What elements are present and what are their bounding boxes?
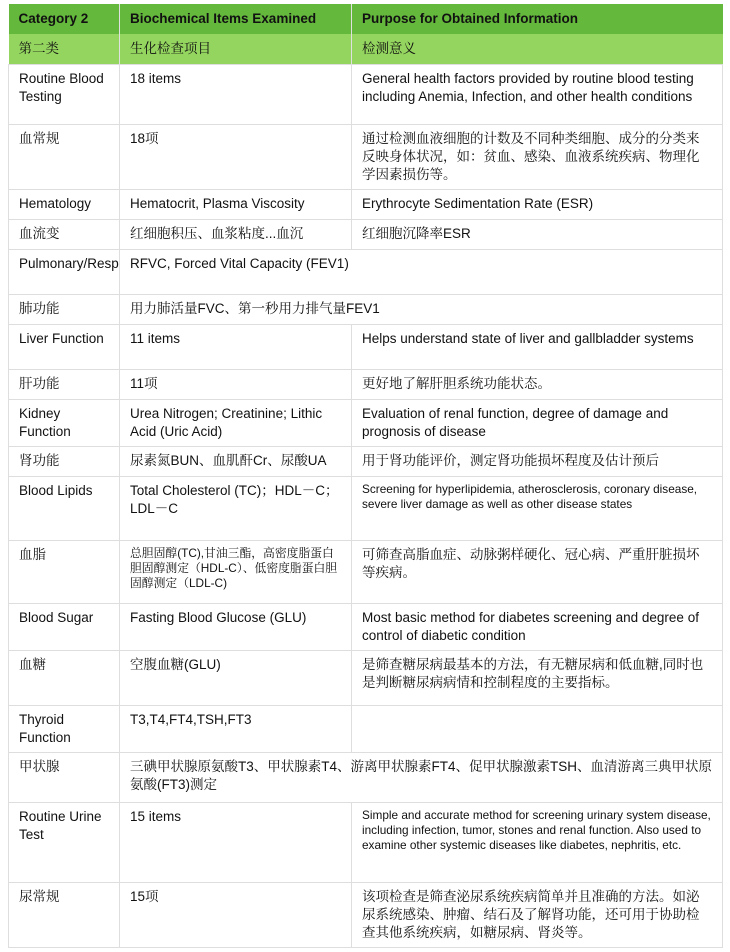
category-cell: Blood Lipids [9, 477, 120, 541]
header-category-en: Category 2 [9, 4, 120, 34]
table-row: 甲状腺 三碘甲状腺原氨酸T3、甲状腺素T4、游离甲状腺素FT4、促甲状腺激素TS… [9, 753, 723, 803]
header-category-zh: 第二类 [9, 34, 120, 65]
purpose-cell: 用于肾功能评价，测定肾功能损坏程度及估计预后 [352, 447, 723, 477]
purpose-cell: 更好地了解肝胆系统功能状态。 [352, 370, 723, 400]
category-cell: Liver Function [9, 325, 120, 370]
category-cell: Routine Urine Test [9, 803, 120, 883]
items-cell: Urea Nitrogen; Creatinine; Lithic Acid (… [120, 400, 352, 447]
category-cell: Thyroid Function [9, 706, 120, 753]
category-cell: 血常规 [9, 125, 120, 190]
purpose-cell: 可筛查高脂血症、动脉粥样硬化、冠心病、严重肝脏损坏等疾病。 [352, 541, 723, 604]
category-cell: Kidney Function [9, 400, 120, 447]
category-cell: 血糖 [9, 651, 120, 706]
purpose-cell: 是筛查糖尿病最基本的方法，有无糖尿病和低血糖,同时也是判断糖尿病病情和控制程度的… [352, 651, 723, 706]
biochemical-items-table: Category 2 Biochemical Items Examined Pu… [8, 4, 723, 948]
purpose-cell: Evaluation of renal function, degree of … [352, 400, 723, 447]
table-row: 血常规 18项 通过检测血液细胞的计数及不同种类细胞、成分的分类来反映身体状况，… [9, 125, 723, 190]
category-cell: 肾功能 [9, 447, 120, 477]
category-cell: Hematology [9, 190, 120, 220]
category-cell: 甲状腺 [9, 753, 120, 803]
purpose-cell: Most basic method for diabetes screening… [352, 604, 723, 651]
table-row: 肺功能 用力肺活量FVC、第一秒用力排气量FEV1 [9, 295, 723, 325]
header-purpose-zh: 检测意义 [352, 34, 723, 65]
page: Category 2 Biochemical Items Examined Pu… [0, 0, 730, 952]
purpose-cell: General health factors provided by routi… [352, 65, 723, 125]
category-cell: Routine Blood Testing [9, 65, 120, 125]
items-cell: T3,T4,FT4,TSH,FT3 [120, 706, 352, 753]
table-row: Liver Function 11 items Helps understand… [9, 325, 723, 370]
items-cell: Hematocrit, Plasma Viscosity [120, 190, 352, 220]
table-row: 血糖 空腹血糖(GLU) 是筛查糖尿病最基本的方法，有无糖尿病和低血糖,同时也是… [9, 651, 723, 706]
purpose-cell: Simple and accurate method for screening… [352, 803, 723, 883]
header-items-zh: 生化检查项目 [120, 34, 352, 65]
table-row: 血流变 红细胞积压、血浆粘度...血沉 红细胞沉降率ESR [9, 220, 723, 250]
table-row: Pulmonary/Respiratory RFVC, Forced Vital… [9, 250, 723, 295]
category-cell: 肝功能 [9, 370, 120, 400]
table-row: Thyroid Function T3,T4,FT4,TSH,FT3 [9, 706, 723, 753]
table-row: Routine Urine Test 15 items Simple and a… [9, 803, 723, 883]
table-row: Hematology Hematocrit, Plasma Viscosity … [9, 190, 723, 220]
purpose-cell: 通过检测血液细胞的计数及不同种类细胞、成分的分类来反映身体状况，如：贫血、感染、… [352, 125, 723, 190]
header-purpose-en: Purpose for Obtained Information [352, 4, 723, 34]
purpose-cell [352, 706, 723, 753]
table-row: 肝功能 11项 更好地了解肝胆系统功能状态。 [9, 370, 723, 400]
items-cell: 尿素氮BUN、血肌酐Cr、尿酸UA [120, 447, 352, 477]
items-cell: 15项 [120, 883, 352, 948]
category-cell: 血脂 [9, 541, 120, 604]
table-row: Kidney Function Urea Nitrogen; Creatinin… [9, 400, 723, 447]
header-row-chinese: 第二类 生化检查项目 检测意义 [9, 34, 723, 65]
purpose-cell: 红细胞沉降率ESR [352, 220, 723, 250]
items-cell: 11项 [120, 370, 352, 400]
items-cell: 18项 [120, 125, 352, 190]
items-cell: 用力肺活量FVC、第一秒用力排气量FEV1 [120, 295, 723, 325]
table-row: Blood Sugar Fasting Blood Glucose (GLU) … [9, 604, 723, 651]
header-row-english: Category 2 Biochemical Items Examined Pu… [9, 4, 723, 34]
items-cell: 18 items [120, 65, 352, 125]
items-cell: 三碘甲状腺原氨酸T3、甲状腺素T4、游离甲状腺素FT4、促甲状腺激素TSH、血清… [120, 753, 723, 803]
header-items-en: Biochemical Items Examined [120, 4, 352, 34]
items-cell: 红细胞积压、血浆粘度...血沉 [120, 220, 352, 250]
category-cell: 尿常规 [9, 883, 120, 948]
items-cell: 11 items [120, 325, 352, 370]
items-cell: Fasting Blood Glucose (GLU) [120, 604, 352, 651]
items-cell: Total Cholesterol (TC)；HDL－C；LDL－C [120, 477, 352, 541]
category-cell: 肺功能 [9, 295, 120, 325]
table-row: 尿常规 15项 该项检查是筛查泌尿系统疾病简单并且准确的方法。如泌尿系统感染、肿… [9, 883, 723, 948]
items-cell: 15 items [120, 803, 352, 883]
purpose-cell: Screening for hyperlipidemia, atheroscle… [352, 477, 723, 541]
purpose-cell: 该项检查是筛查泌尿系统疾病简单并且准确的方法。如泌尿系统感染、肿瘤、结石及了解肾… [352, 883, 723, 948]
category-cell: Blood Sugar [9, 604, 120, 651]
category-cell: 血流变 [9, 220, 120, 250]
items-cell: RFVC, Forced Vital Capacity (FEV1) [120, 250, 723, 295]
items-cell: 空腹血糖(GLU) [120, 651, 352, 706]
table-row: 肾功能 尿素氮BUN、血肌酐Cr、尿酸UA 用于肾功能评价，测定肾功能损坏程度及… [9, 447, 723, 477]
items-cell: 总胆固醇(TC),甘油三酯，高密度脂蛋白胆固醇测定（HDL-C）、低密度脂蛋白胆… [120, 541, 352, 604]
table-row: Routine Blood Testing 18 items General h… [9, 65, 723, 125]
table-header: Category 2 Biochemical Items Examined Pu… [9, 4, 723, 65]
purpose-cell: Erythrocyte Sedimentation Rate (ESR) [352, 190, 723, 220]
category-cell: Pulmonary/Respiratory [9, 250, 120, 295]
table-body: Routine Blood Testing 18 items General h… [9, 65, 723, 948]
purpose-cell: Helps understand state of liver and gall… [352, 325, 723, 370]
table-row: 血脂 总胆固醇(TC),甘油三酯，高密度脂蛋白胆固醇测定（HDL-C）、低密度脂… [9, 541, 723, 604]
table-row: Blood Lipids Total Cholesterol (TC)；HDL－… [9, 477, 723, 541]
